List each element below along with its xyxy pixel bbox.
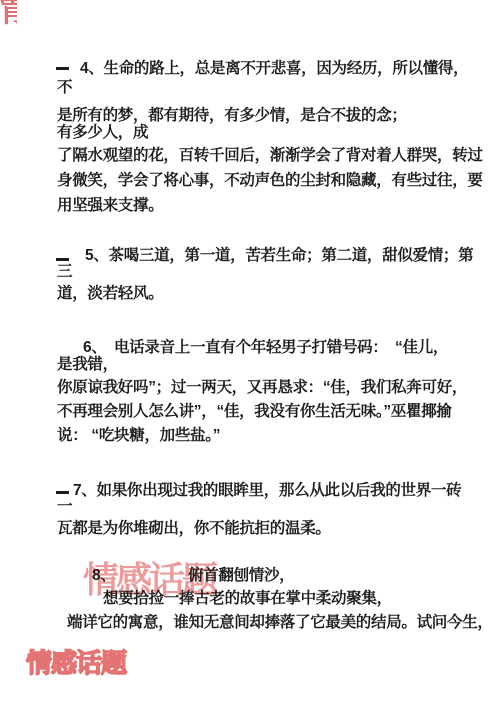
paragraph-4-line-2: 不 (57, 80, 72, 96)
paragraph-4-line-3: 是所有的梦，都有期待，有多少情，是合不拔的念； (57, 108, 407, 124)
paragraph-8-number: 8、 (92, 568, 116, 584)
watermark-glyph: 情 (0, 0, 17, 27)
paragraph-7-line-1: 7、如果你出现过我的眼眸里，那么从此以后我的世界一砖 (73, 483, 461, 499)
paragraph-4-line-4: 有多少人，成 (57, 125, 148, 141)
paragraph-8-line-3: 端详它的寓意，谁知无意间却捧落了它最美的结局。试问今生， (67, 615, 493, 631)
underscore-mark (56, 258, 69, 261)
underscore-mark (56, 67, 69, 70)
paragraph-7-line-3: 瓦都是为你堆砌出，你不能抗拒的温柔。 (57, 521, 331, 537)
paragraph-5-line-3: 道，淡若轻风。 (57, 286, 163, 302)
paragraph-8-line-2: 想要拾捡一捧古老的故事在掌中柔动聚集， (103, 591, 392, 607)
corner-watermark-fragment: 情 (0, 0, 17, 40)
paragraph-6-line-1: 6、 电话录音上一直有个年轻男子打错号码： “佳儿， (83, 340, 448, 356)
underscore-mark (56, 491, 69, 494)
paragraph-8-line-1: 俯首翻刨情沙， (188, 568, 294, 584)
paragraph-4-line-1: 4、生命的路上，总是离不开悲喜，因为经历，所以懂得， (80, 61, 468, 77)
paragraph-4-line-6: 身微笑，学会了将心事，不动声色的尘封和隐藏，有些过往，要 (57, 173, 483, 189)
paragraph-6-line-4: 不再理会别人怎么讲”，“佳，我没有你生活无味。”巫瞿揶揄 (57, 404, 452, 420)
paragraph-4-line-5: 了隔水观望的花，百转千回后，渐渐学会了背对着人群哭，转过 (57, 148, 483, 164)
paragraph-4-line-7: 用坚强来支撑。 (57, 198, 163, 214)
paragraph-7-line-2: 一 (57, 499, 72, 515)
paragraph-6-line-3: 你原谅我好吗”；过一两天，又再恳求：“佳，我们私奔可好， (57, 380, 467, 396)
paragraph-5-line-1: 5、茶喝三道，第一道，苦若生命；第二道，甜似爱情；第 (85, 248, 473, 264)
paragraph-6-line-2: 是我错， (57, 357, 118, 373)
paragraph-5-line-2: 三 (57, 264, 72, 280)
brand-watermark-bottom: 情感话题 (26, 650, 126, 676)
paragraph-6-line-5: 说： “吃块糖，加些盐。” (57, 428, 220, 444)
document-page: 情 4、生命的路上，总是离不开悲喜，因为经历，所以懂得， 不 是所有的梦，都有期… (0, 0, 500, 708)
